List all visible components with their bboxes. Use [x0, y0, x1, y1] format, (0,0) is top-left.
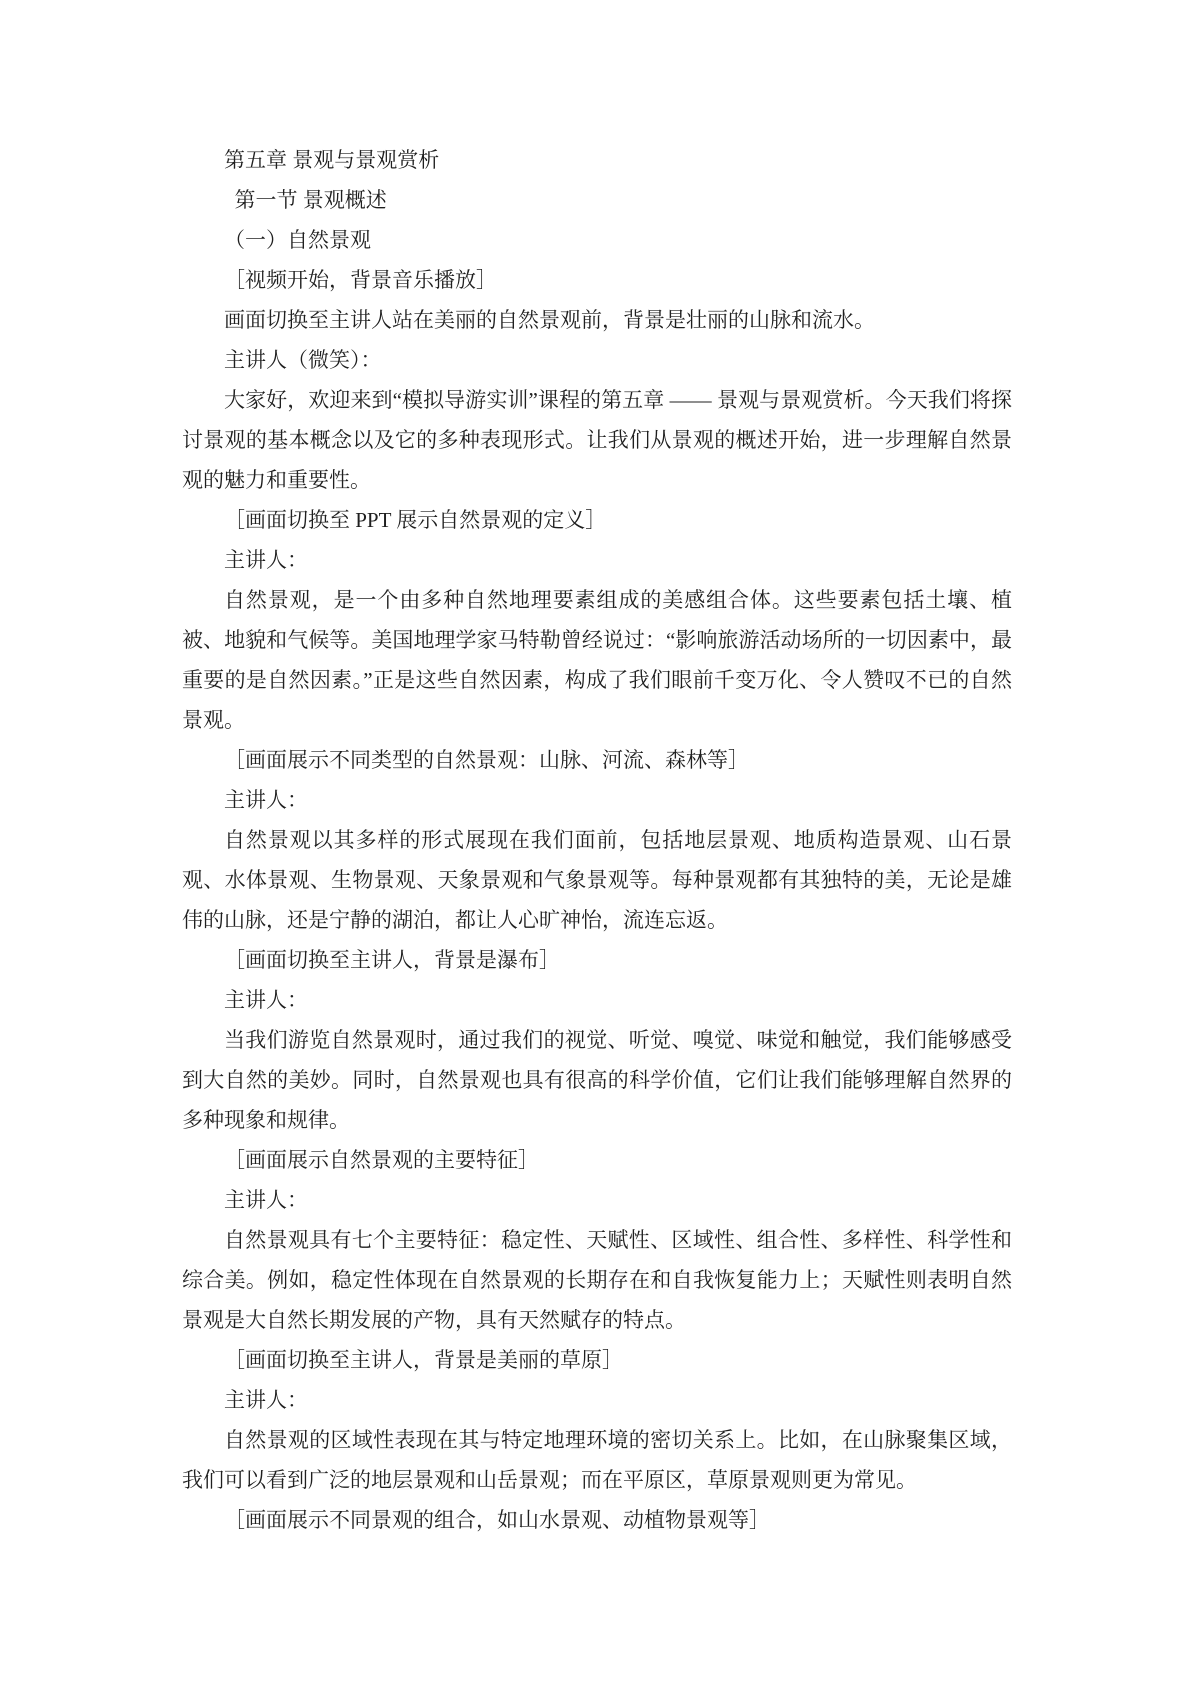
speaker-label: 主讲人： — [182, 540, 1012, 580]
narration: 画面切换至主讲人站在美丽的自然景观前，背景是壮丽的山脉和流水。 — [182, 300, 1012, 340]
subsection-heading: （一）自然景观 — [182, 220, 1012, 260]
speech: 自然景观的区域性表现在其与特定地理环境的密切关系上。比如，在山脉聚集区域，我们可… — [182, 1420, 1012, 1500]
stage-direction: ［画面切换至 PPT 展示自然景观的定义］ — [182, 500, 1012, 540]
stage-direction: ［视频开始，背景音乐播放］ — [182, 260, 1012, 300]
stage-direction: ［画面切换至主讲人，背景是瀑布］ — [182, 940, 1012, 980]
speech: 自然景观具有七个主要特征：稳定性、天赋性、区域性、组合性、多样性、科学性和综合美… — [182, 1220, 1012, 1340]
section-heading: 第一节 景观概述 — [182, 180, 1012, 220]
stage-direction: ［画面展示不同景观的组合，如山水景观、动植物景观等］ — [182, 1500, 1012, 1540]
speaker-label: 主讲人（微笑）： — [182, 340, 1012, 380]
speech: 当我们游览自然景观时，通过我们的视觉、听觉、嗅觉、味觉和触觉，我们能够感受到大自… — [182, 1020, 1012, 1140]
speaker-label: 主讲人： — [182, 1180, 1012, 1220]
speaker-label: 主讲人： — [182, 1380, 1012, 1420]
stage-direction: ［画面展示自然景观的主要特征］ — [182, 1140, 1012, 1180]
speech: 自然景观以其多样的形式展现在我们面前，包括地层景观、地质构造景观、山石景观、水体… — [182, 820, 1012, 940]
speaker-label: 主讲人： — [182, 780, 1012, 820]
speech: 自然景观，是一个由多种自然地理要素组成的美感组合体。这些要素包括土壤、植被、地貌… — [182, 580, 1012, 740]
speaker-label: 主讲人： — [182, 980, 1012, 1020]
chapter-heading: 第五章 景观与景观赏析 — [182, 140, 1012, 180]
document-page: 第五章 景观与景观赏析第一节 景观概述（一）自然景观［视频开始，背景音乐播放］画… — [0, 0, 1190, 1683]
document-text-body: 第五章 景观与景观赏析第一节 景观概述（一）自然景观［视频开始，背景音乐播放］画… — [182, 140, 1012, 1540]
stage-direction: ［画面切换至主讲人，背景是美丽的草原］ — [182, 1340, 1012, 1380]
stage-direction: ［画面展示不同类型的自然景观：山脉、河流、森林等］ — [182, 740, 1012, 780]
speech: 大家好，欢迎来到“模拟导游实训”课程的第五章 —— 景观与景观赏析。今天我们将探… — [182, 380, 1012, 500]
